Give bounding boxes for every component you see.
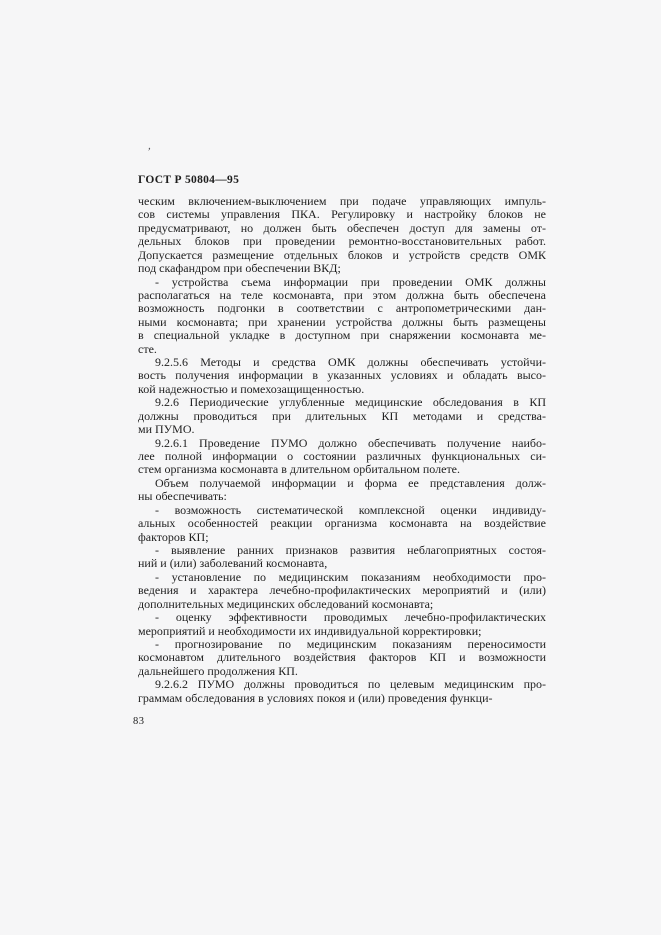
text-line: дельных блоков при проведении ремонтно-в… (138, 235, 546, 248)
document-page: ’ ГОСТ Р 50804—95 ческим включением-выкл… (0, 0, 661, 935)
text-line: - выявление ранних признаков развития не… (138, 544, 546, 557)
text-line: граммам обследования в условиях покоя и … (138, 692, 546, 705)
text-line: сов системы управления ПКА. Регулировку … (138, 208, 546, 221)
standard-number-header: ГОСТ Р 50804—95 (138, 174, 546, 186)
paragraph: Объем получаемой информации и форма ее п… (138, 477, 546, 504)
scan-artifact-mark: ’ (146, 146, 151, 158)
text-line: - прогнозирование по медицинским показан… (138, 638, 546, 651)
body-text-block: ческим включением-выключением при подаче… (138, 195, 546, 705)
text-line: 9.2.6.1 Проведение ПУМО должно обеспечив… (138, 437, 546, 450)
paragraph: 9.2.6.2 ПУМО должны проводиться по целев… (138, 678, 546, 705)
text-line: 9.2.6.2 ПУМО должны проводиться по целев… (138, 678, 546, 691)
text-line: сте. (138, 343, 546, 356)
text-line: в специальной укладке в доступном при сн… (138, 329, 546, 342)
text-line: Допускается размещение отдельных блоков … (138, 249, 546, 262)
text-line: мероприятий и необходимости их индивидуа… (138, 625, 546, 638)
text-line: - устройства съема информации при провед… (138, 276, 546, 289)
text-line: должны проводиться при длительных КП мет… (138, 410, 546, 423)
paragraph: - установление по медицинским показаниям… (138, 571, 546, 611)
text-line: кой надежностью и помехозащищенностью. (138, 383, 546, 396)
text-line: предусматривают, но должен быть обеспече… (138, 222, 546, 235)
page-number: 83 (133, 716, 145, 727)
text-line: космонавтом длительного воздействия факт… (138, 651, 546, 664)
paragraph: - оценку эффективности проводимых лечебн… (138, 611, 546, 638)
paragraph: - устройства съема информации при провед… (138, 276, 546, 357)
text-line: ми ПУМО. (138, 423, 546, 436)
text-line: - установление по медицинским показаниям… (138, 571, 546, 584)
text-line: - оценку эффективности проводимых лечебн… (138, 611, 546, 624)
text-line: Объем получаемой информации и форма ее п… (138, 477, 546, 490)
text-line: лее полной информации о состоянии различ… (138, 450, 546, 463)
text-line: дальнейшего продолжения КП. (138, 665, 546, 678)
text-line: ны обеспечивать: (138, 490, 546, 503)
text-line: 9.2.5.6 Методы и средства ОМК должны обе… (138, 356, 546, 369)
text-line: возможность подгонки в соответствии с ан… (138, 302, 546, 315)
text-line: под скафандром при обеспечении ВКД; (138, 262, 546, 275)
paragraph: ческим включением-выключением при подаче… (138, 195, 546, 276)
text-line: ческим включением-выключением при подаче… (138, 195, 546, 208)
text-line: - возможность систематической комплексно… (138, 504, 546, 517)
paragraph: - выявление ранних признаков развития не… (138, 544, 546, 571)
text-line: располагаться на теле космонавта, при эт… (138, 289, 546, 302)
text-line: стем организма космонавта в длительном о… (138, 463, 546, 476)
paragraph: 9.2.6.1 Проведение ПУМО должно обеспечив… (138, 437, 546, 477)
paragraph: - возможность систематической комплексно… (138, 504, 546, 544)
paragraph: 9.2.5.6 Методы и средства ОМК должны обе… (138, 356, 546, 396)
text-line: вость получения информации в указанных у… (138, 369, 546, 382)
text-line: альных особенностей реакции организма ко… (138, 517, 546, 530)
paragraph: 9.2.6 Периодические углубленные медицинс… (138, 396, 546, 436)
text-line: 9.2.6 Периодические углубленные медицинс… (138, 396, 546, 409)
text-line: факторов КП; (138, 531, 546, 544)
text-line: ными космонавта; при хранении устройства… (138, 316, 546, 329)
text-line: ведения и характера лечебно-профилактиче… (138, 584, 546, 597)
text-line: дополнительных медицинских обследований … (138, 598, 546, 611)
paragraph: - прогнозирование по медицинским показан… (138, 638, 546, 678)
text-line: ний и (или) заболеваний космонавта, (138, 557, 546, 570)
